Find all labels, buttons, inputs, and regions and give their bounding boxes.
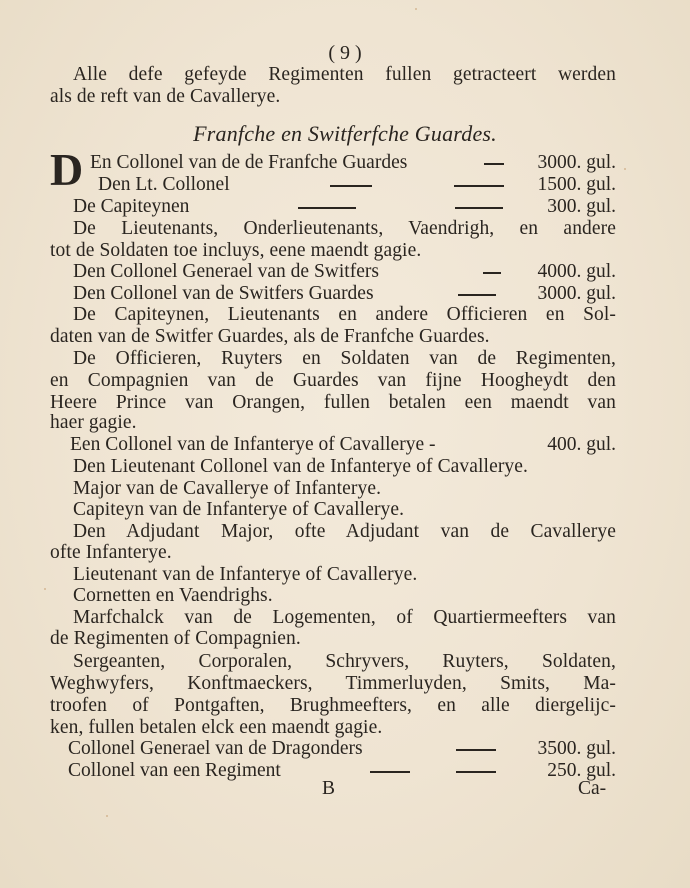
paper-speck xyxy=(44,588,46,590)
pay-row-amount: 400. gul. xyxy=(547,434,616,456)
swiss-line-2: daten van de Switfer Guardes, als de Fra… xyxy=(50,326,616,348)
dash-rule xyxy=(455,207,503,209)
dash-rule xyxy=(330,185,372,187)
pay-row-label: En Collonel van de de Franfche Guardes xyxy=(90,152,407,174)
page-number: ( 9 ) xyxy=(0,42,690,65)
sergeanten-line-4: ken, fullen betalen elck een maendt gagi… xyxy=(50,717,616,739)
paper-speck xyxy=(415,8,417,10)
pay-row-amount: 4000. gul. xyxy=(537,261,616,283)
dash-rule xyxy=(458,294,496,296)
dash-rule xyxy=(298,207,356,209)
marschalck-line-2: de Regimenten of Compagnien. xyxy=(50,628,616,650)
rank-line: Major van de Cavallerye of Infanterye. xyxy=(73,478,616,500)
officers-line-2: en Compagnien van de Guardes van fijne H… xyxy=(50,370,616,392)
pay-row-label: Den Lt. Collonel xyxy=(98,174,230,196)
pay-row-label: Collonel Generael van de Dragonders xyxy=(68,738,363,760)
officers-line-3: Heere Prince van Orangen, fullen betalen… xyxy=(50,392,616,414)
intro-line-2: als de reft van de Cavallerye. xyxy=(50,86,616,108)
sergeanten-line-1: Sergeanten, Corporalen, Schryvers, Ruyte… xyxy=(73,651,616,673)
dash-rule xyxy=(456,749,496,751)
lieutenants-line-2: tot de Soldaten toe incluys, eene maendt… xyxy=(50,240,616,262)
rank-line: Den Lieutenant Collonel van de Infantery… xyxy=(73,456,616,478)
signature-mark: B xyxy=(322,778,335,800)
pay-row-label: Den Collonel van de Switfers Guardes xyxy=(73,283,374,305)
pay-row: Een Collonel van de Infanterye of Cavall… xyxy=(70,434,616,456)
paper-speck xyxy=(624,168,626,170)
pay-row-amount: 1500. gul. xyxy=(537,174,616,196)
pay-row: De Capiteynen 300. gul. xyxy=(73,196,616,218)
officers-line-4: haer gagie. xyxy=(50,412,616,434)
lieutenants-line-1: De Lieutenants, Onderlieutenants, Vaendr… xyxy=(73,218,616,240)
rank-line: Cornetten en Vaendrighs. xyxy=(73,585,616,607)
pay-row-amount: 3000. gul. xyxy=(537,152,616,174)
pay-row: Collonel Generael van de Dragonders 3500… xyxy=(68,738,616,760)
swiss-line-1: De Capiteynen, Lieutenants en andere Off… xyxy=(73,304,616,326)
pay-row-label: Een Collonel van de Infanterye of Cavall… xyxy=(70,434,435,456)
pay-row-amount: 3500. gul. xyxy=(537,738,616,760)
catchword: Ca- xyxy=(578,778,606,800)
drop-cap: D xyxy=(50,147,83,193)
sergeanten-line-3: troofen of Pontgaften, Brughmeefters, en… xyxy=(50,695,616,717)
pay-row-label: Collonel van een Regiment xyxy=(68,760,281,782)
marschalck-line-1: Marfchalck van de Logementen, of Quartie… xyxy=(73,607,616,629)
book-page: ( 9 ) Alle defe gefeyde Regimenten fulle… xyxy=(0,0,690,888)
adjudant-line-1: Den Adjudant Major, ofte Adjudant van de… xyxy=(73,521,616,543)
officers-line-1: De Officieren, Ruyters en Soldaten van d… xyxy=(73,348,616,370)
adjudant-line-2: ofte Infanterye. xyxy=(50,542,616,564)
intro-line-1: Alle defe gefeyde Regimenten fullen getr… xyxy=(73,64,616,86)
sergeanten-line-2: Weghwyfers, Konftmaeckers, Timmerluyden,… xyxy=(50,673,616,695)
pay-row-amount: 3000. gul. xyxy=(537,283,616,305)
rank-line: Capiteyn van de Infanterye of Cavallerye… xyxy=(73,499,616,521)
pay-row: Den Collonel van de Switfers Guardes 300… xyxy=(73,283,616,305)
pay-row-label: Den Collonel Generael van de Switfers xyxy=(73,261,379,283)
pay-row: Den Collonel Generael van de Switfers 40… xyxy=(73,261,616,283)
pay-row: Collonel van een Regiment 250. gul. xyxy=(68,760,616,782)
rank-line: Lieutenant van de Infanterye of Cavaller… xyxy=(73,564,616,586)
dash-rule xyxy=(454,185,504,187)
dash-rule xyxy=(484,163,504,165)
dash-rule xyxy=(483,272,501,274)
paper-speck xyxy=(106,815,108,817)
dash-rule xyxy=(456,771,496,773)
dash-rule xyxy=(370,771,410,773)
pay-row-amount: 300. gul. xyxy=(547,196,616,218)
pay-row-label: De Capiteynen xyxy=(73,196,189,218)
section-heading: Franfche en Switferfche Guardes. xyxy=(0,121,690,147)
pay-row: Den Lt. Collonel 1500. gul. xyxy=(98,174,616,196)
pay-row: En Collonel van de de Franfche Guardes 3… xyxy=(90,152,616,174)
